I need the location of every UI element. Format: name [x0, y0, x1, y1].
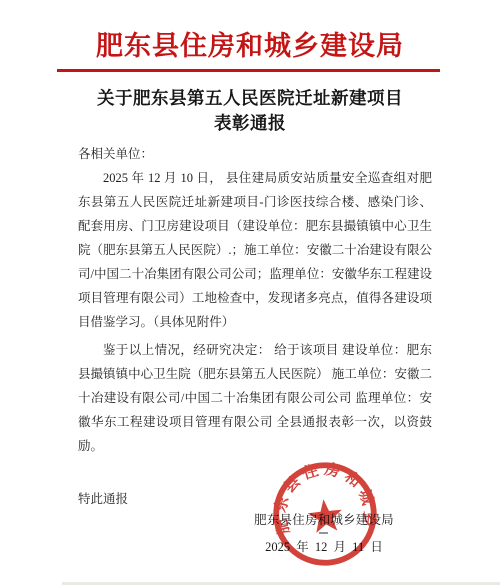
document-title: 关于肥东县第五人民医院迁址新建项目 表彰通报	[0, 86, 500, 136]
seal-arc-text: 肥东县住房和城乡建设局	[267, 456, 383, 545]
seal-star-icon	[306, 497, 344, 533]
document-page: 肥东县住房和城乡建设局 关于肥东县第五人民医院迁址新建项目 表彰通报 各相关单位…	[0, 0, 500, 588]
letterhead-divider-rule	[57, 69, 440, 72]
closing-phrase: 特此通报	[78, 487, 432, 511]
official-seal-stamp: 肥东县住房和城乡建设局	[267, 456, 383, 572]
document-title-line1: 关于肥东县第五人民医院迁址新建项目	[0, 86, 500, 111]
paragraph-1: 2025 年 12 月 10 日， 县住建局质安站质量安全巡查组对肥东县第五人民…	[78, 166, 432, 334]
document-title-line2: 表彰通报	[0, 111, 500, 136]
salutation: 各相关单位：	[78, 142, 432, 166]
paragraph-2: 鉴于以上情况，经研究决定： 给于该项目 建设单位：肥东县撮镇镇中心卫生院（肥东县…	[78, 338, 432, 458]
document-body: 各相关单位： 2025 年 12 月 10 日， 县住建局质安站质量安全巡查组对…	[78, 142, 432, 511]
seal-arc-text-holder: 肥东县住房和城乡建设局	[267, 456, 383, 545]
scan-edge-artifact	[62, 582, 500, 585]
red-letterhead-title: 肥东县住房和城乡建设局	[0, 0, 500, 62]
